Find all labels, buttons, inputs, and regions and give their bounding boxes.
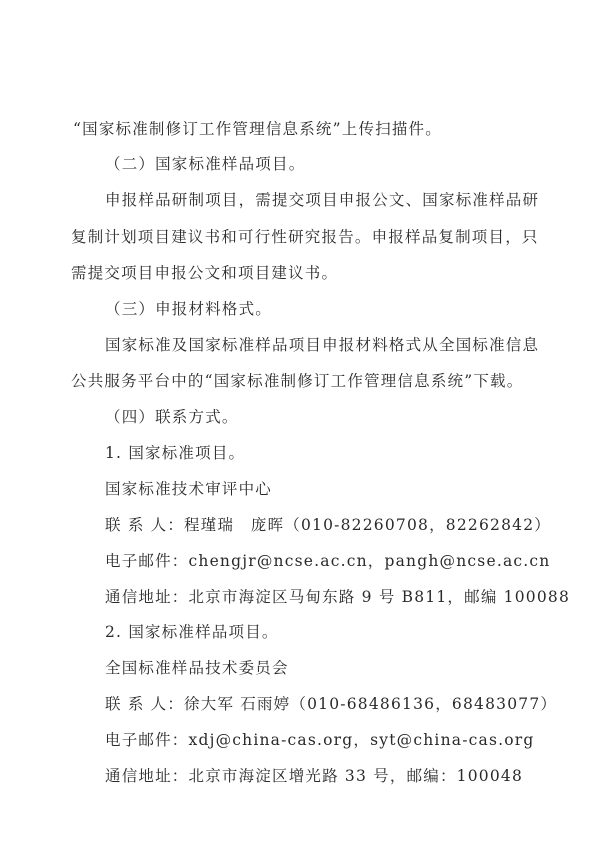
item-national-standard-sample-project: 2. 国家标准样品项目。 — [105, 622, 279, 642]
text-line-submit-documents: 需提交项目申报公文和项目建议书。 — [71, 263, 338, 283]
contact-person-2: 联 系 人：徐大军 石雨婷（010-68486136，68483077） — [105, 694, 557, 714]
subheading-national-standard-samples: （二）国家标准样品项目。 — [105, 154, 305, 174]
contact-email-1: 电子邮件：chengjr@ncse.ac.cn，pangh@ncse.ac.cn — [105, 551, 550, 571]
item-national-standard-project: 1. 国家标准项目。 — [105, 443, 245, 463]
text-line-format-download: 公共服务平台中的“国家标准制修订工作管理信息系统”下载。 — [71, 371, 523, 391]
org-standard-review-center: 国家标准技术审评中心 — [105, 479, 272, 499]
document-page: “国家标准制修订工作管理信息系统”上传扫描件。 （二）国家标准样品项目。 申报样… — [0, 0, 600, 844]
subheading-contact-info: （四）联系方式。 — [105, 407, 239, 427]
contact-address-1: 通信地址：北京市海淀区马甸东路 9 号 B811，邮编 100088 — [105, 587, 570, 607]
text-line-format-source: 国家标准及国家标准样品项目申报材料格式从全国标准信息 — [105, 335, 539, 355]
org-sample-technical-committee: 全国标准样品技术委员会 — [105, 658, 289, 678]
contact-email-2: 电子邮件：xdj@china-cas.org，syt@china-cas.org — [105, 730, 535, 750]
text-line-sample-development: 申报样品研制项目，需提交项目申报公文、国家标准样品研 — [105, 190, 539, 210]
text-line-sample-copy-plan: 复制计划项目建议书和可行性研究报告。申报样品复制项目，只 — [71, 227, 539, 247]
contact-person-1: 联 系 人：程瑾瑞 庞晖（010-82260708，82262842） — [105, 515, 551, 535]
contact-address-2: 通信地址：北京市海淀区增光路 33 号，邮编：100048 — [105, 766, 523, 786]
text-line-upload-scan: “国家标准制修订工作管理信息系统”上传扫描件。 — [73, 119, 442, 139]
subheading-material-format: （三）申报材料格式。 — [105, 299, 272, 319]
